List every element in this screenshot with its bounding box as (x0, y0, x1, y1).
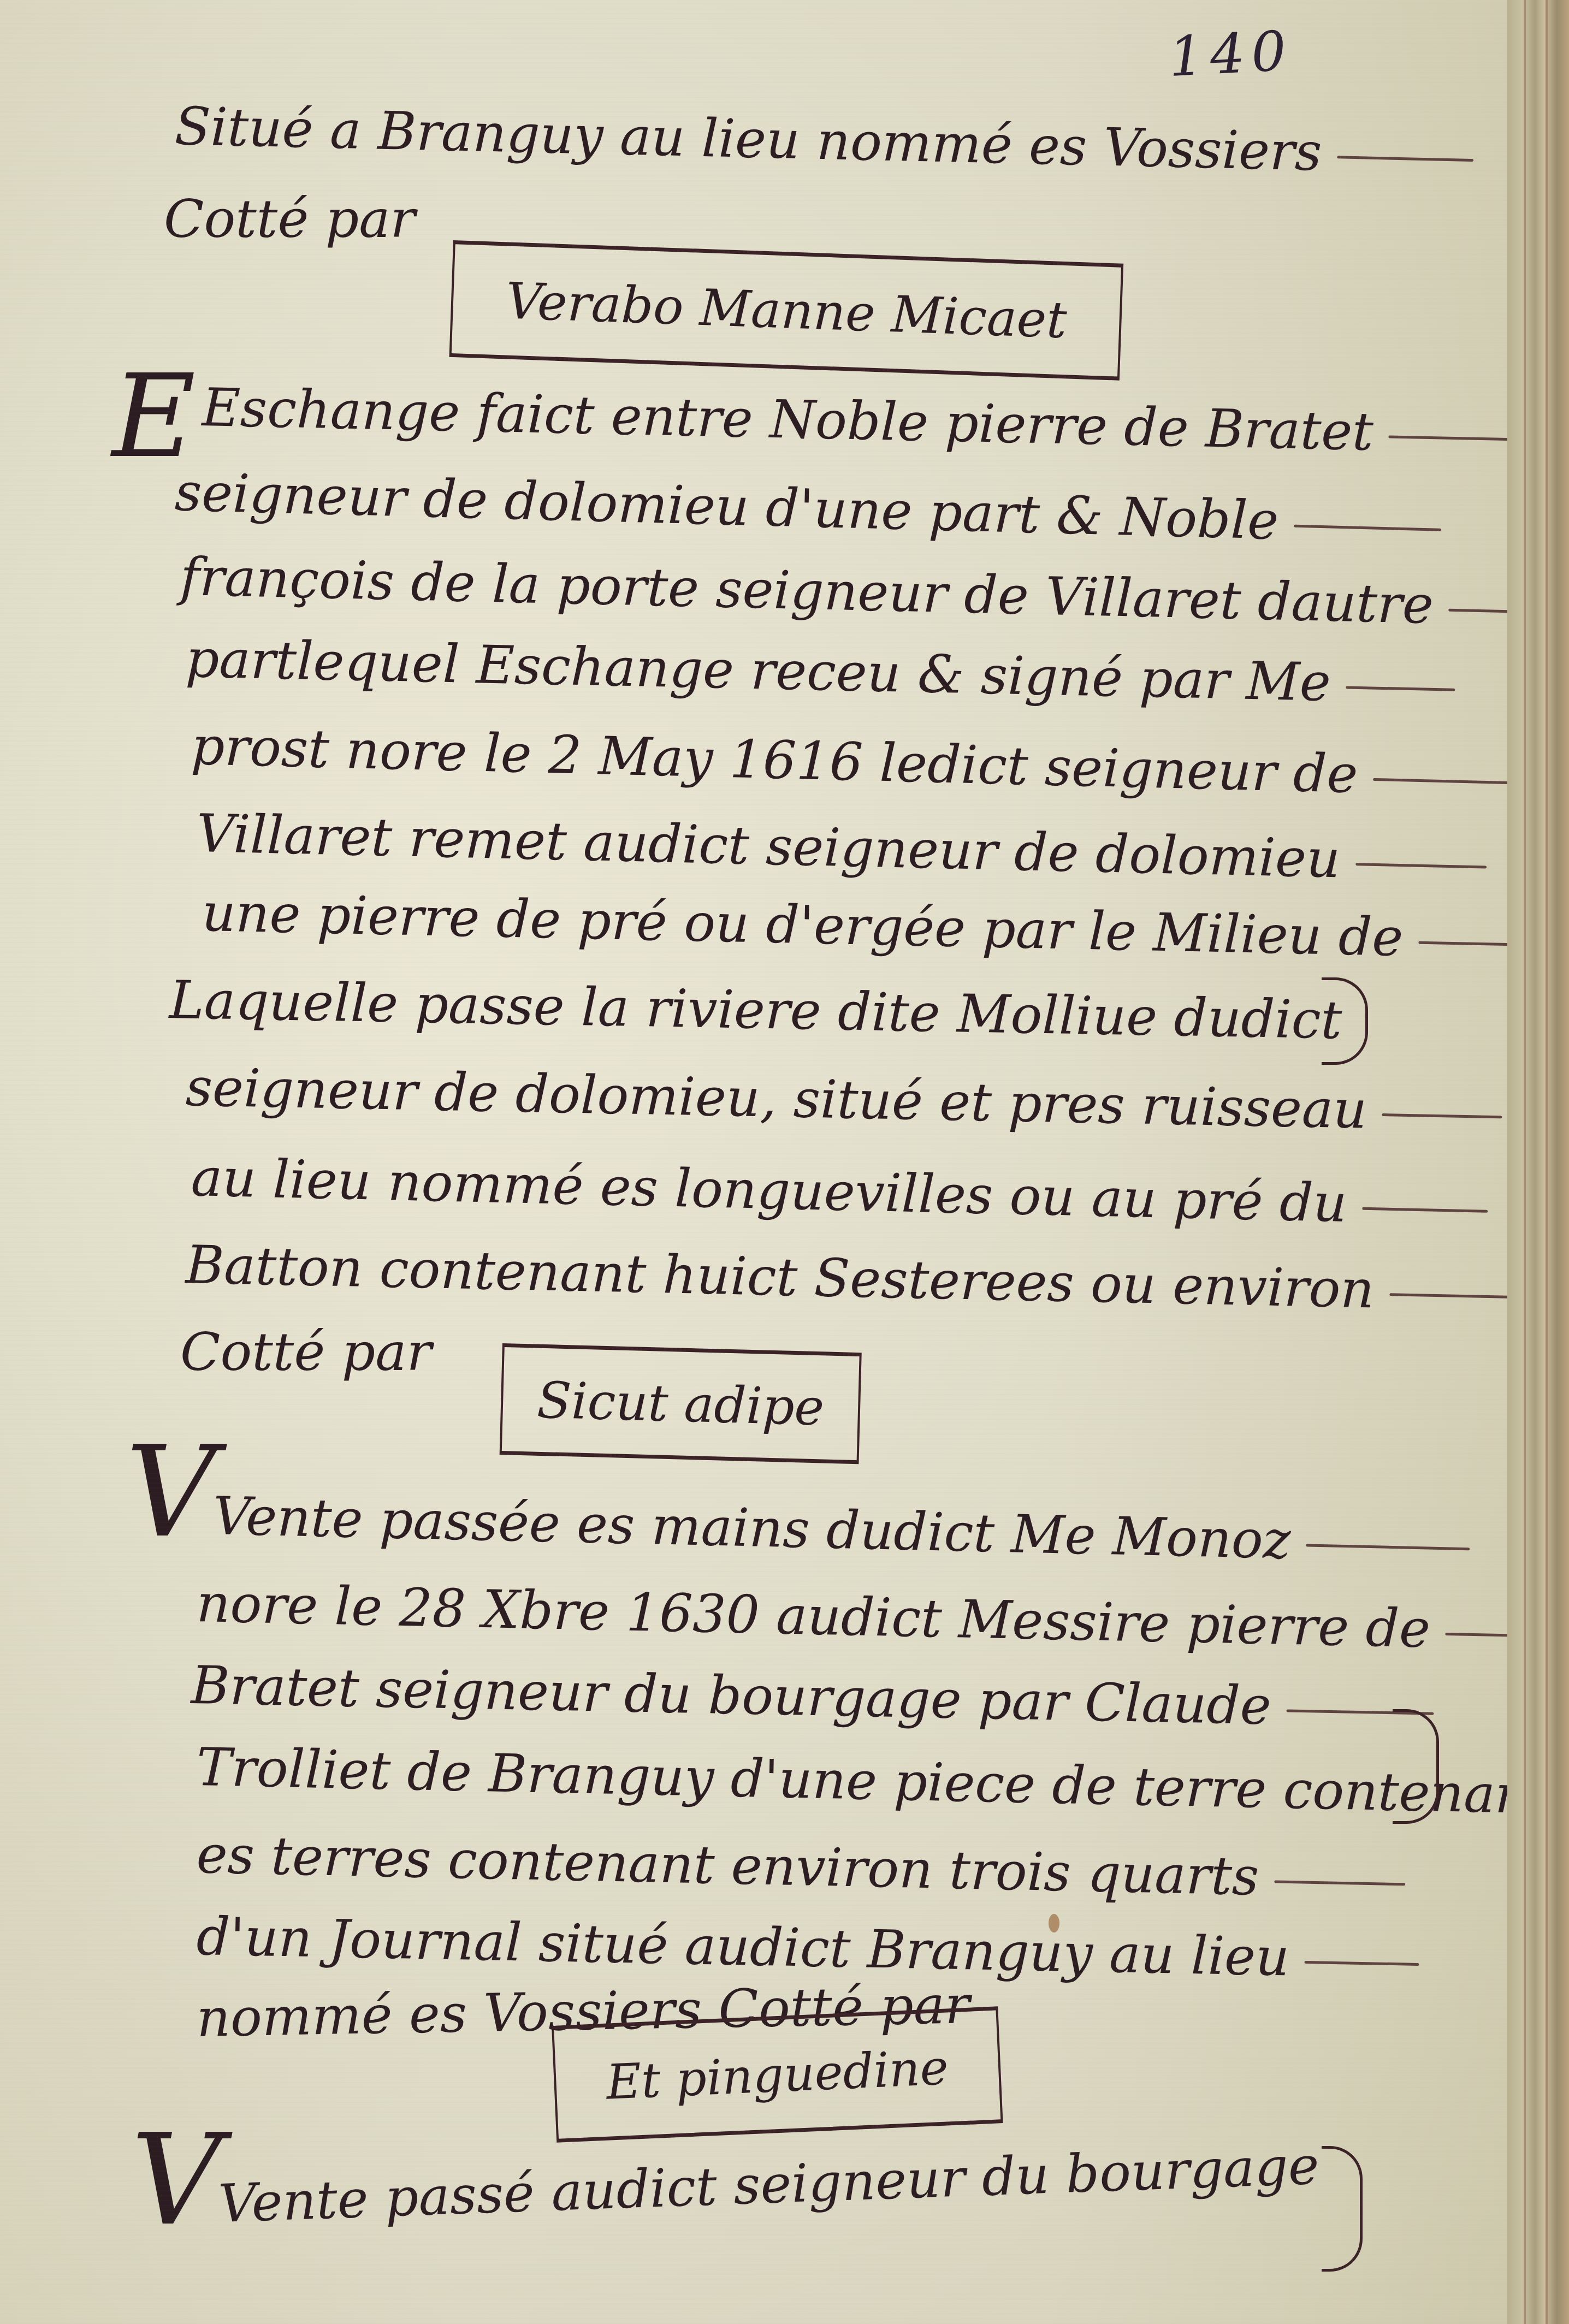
entry-line: nore le 28 Xbre 1630 audict Messire pier… (196, 1573, 1569, 1663)
line-filler-dash (1306, 1544, 1470, 1550)
decorated-initial: V (126, 1420, 216, 1566)
entry-line: seigneur de dolomieu d'une part & Noble (174, 461, 1442, 556)
manuscript-page: 140 Situé a Branguy au lieu nommé es Vos… (0, 0, 1507, 2324)
line-filler-dash (1382, 1113, 1502, 1118)
line-filler-dash (1362, 1207, 1488, 1212)
section-heading-box: Sicut adipe (500, 1343, 862, 1464)
entry-line: seigneur de dolomieu, situé et pres ruis… (185, 1057, 1503, 1143)
entry-line: Eschange faict entre Noble pierre de Bra… (202, 377, 1531, 466)
entry-line: Bratet seigneur du bourgage par Claude (191, 1655, 1435, 1740)
section-heading: Et pinguedine (605, 2039, 950, 2110)
entry-line: Trolliet de Branguy d'une piece de terre… (196, 1736, 1550, 1826)
entry-line: françois de la porte seigneur de Villare… (180, 546, 1569, 639)
book-binding-edge (1507, 0, 1569, 2324)
entry-line: partlequel Eschange receu & signé par Me (185, 628, 1456, 716)
entry-line: Villaret remet audict seigneur de dolomi… (196, 803, 1487, 893)
entry-line: Cotté par (164, 188, 415, 250)
entry-line: Cotté par (180, 1321, 431, 1383)
line-filler-dash (1355, 863, 1487, 868)
entry-line: Batton contenant huict Sesterees ou envi… (185, 1234, 1569, 1325)
line-filler-dash (1305, 1960, 1419, 1965)
line-filler-dash (1346, 686, 1455, 691)
line-bracket (1322, 2146, 1363, 2272)
line-bracket (1393, 1709, 1439, 1824)
entry-line: prost nore le 2 May 1616 ledict seigneur… (191, 715, 1521, 809)
decorated-initial: V (131, 2108, 222, 2254)
folio-number: 140 (1167, 19, 1294, 89)
line-filler-dash (1337, 156, 1473, 162)
entry-line: au lieu nommé es longuevilles ou au pré … (191, 1147, 1489, 1237)
entry-line: une pierre de pré ou d'ergée par le Mili… (202, 882, 1550, 971)
section-heading-box: Verabo Manne Micaet (449, 240, 1124, 381)
ink-stain (1049, 1914, 1059, 1932)
entry-line: Vente passé audict seigneur du bourgage (217, 2135, 1320, 2234)
binding-line (1524, 0, 1526, 2324)
section-heading-box: Et pinguedine (552, 2006, 1003, 2142)
section-heading: Sicut adipe (536, 1371, 825, 1437)
line-bracket (1322, 977, 1368, 1065)
entry-line: es terres contenant environ trois quarts (196, 1824, 1406, 1910)
section-heading: Verabo Manne Micaet (505, 271, 1068, 349)
binding-line (1546, 0, 1548, 2324)
line-filler-dash (1294, 524, 1441, 531)
line-filler-dash (1274, 1880, 1405, 1886)
entry-line: Vente passée es mains dudict Me Monoz (212, 1485, 1471, 1575)
entry-line: Situé a Branguy au lieu nommé es Vossier… (174, 96, 1475, 186)
entry-line: Laquelle passe la riviere dite Molliue d… (169, 969, 1342, 1051)
line-filler-dash (1373, 778, 1520, 784)
